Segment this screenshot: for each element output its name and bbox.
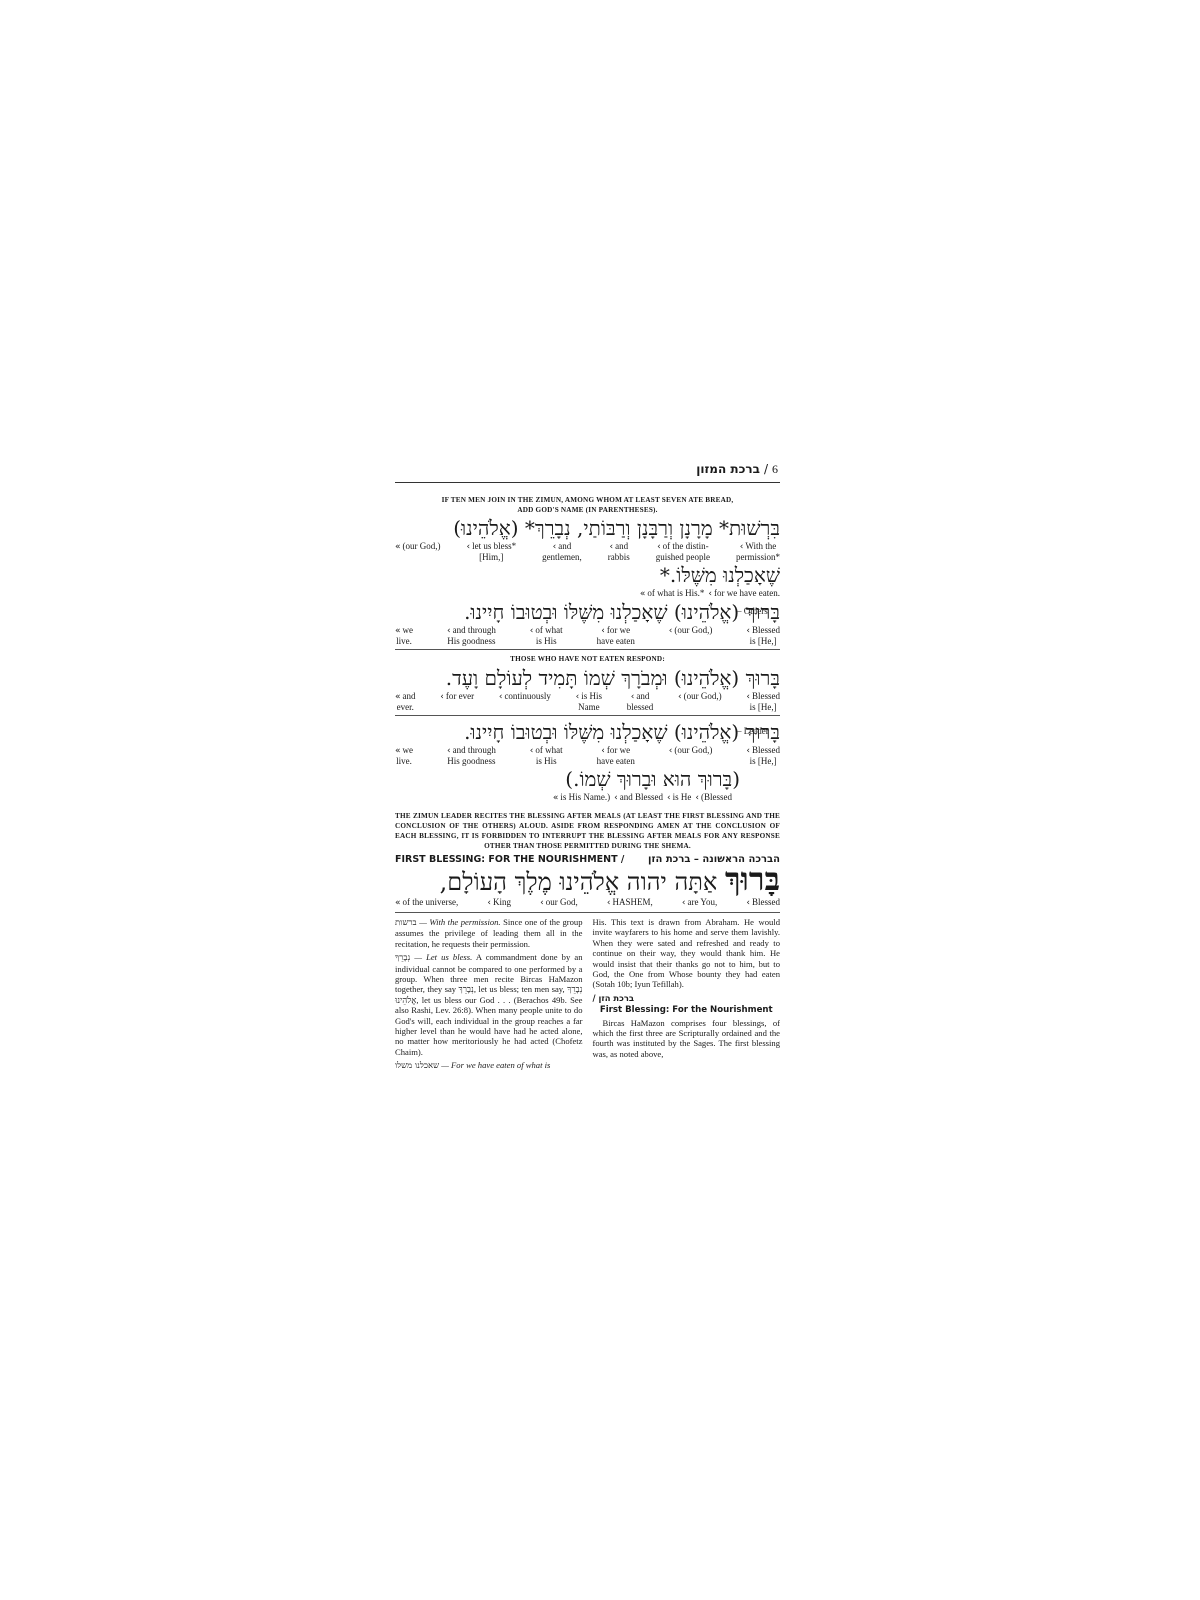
prayer-book-page: ברכת המזון / 6 IF TEN MEN JOIN IN THE ZI… <box>395 462 780 1075</box>
chevron-icon: ‹ <box>499 692 503 702</box>
hebrew-line: בִּרְשׁוּת* מָרָנָן וְרַבָּנָן וְרַבּוֹת… <box>395 516 780 540</box>
gloss-word: ‹for ever <box>440 691 474 712</box>
gloss-row: ‹for we have eaten.«of what is His.* <box>640 588 780 599</box>
gloss-word: ‹With thepermission* <box>736 541 780 562</box>
chevron-icon: ‹ <box>553 542 557 552</box>
instruction-not-eaten: THOSE WHO HAVE NOT EATEN RESPOND: <box>395 654 780 664</box>
chevron-icon: ‹ <box>746 692 750 702</box>
chevron-icon: ‹ <box>746 898 750 908</box>
commentary-paragraph: His. This text is drawn from Abraham. He… <box>593 917 781 990</box>
gloss-word: «of the universe, <box>395 897 458 908</box>
gloss-word: ‹and throughHis goodness <box>447 625 496 646</box>
hebrew-large-initial-word: בָּרוּךְ <box>725 860 780 898</box>
gloss-word: ‹let us bless*[Him,] <box>466 541 516 562</box>
commentary-paragraph: Bircas HaMazon comprises four blessings,… <box>593 1018 781 1060</box>
commentary-subhead-english: First Blessing: For the Nourishment <box>593 1005 781 1015</box>
gloss-word: «(our God,) <box>395 541 441 562</box>
chevron-icon: ‹ <box>614 793 618 803</box>
gloss-word: ‹(our God,) <box>678 691 722 712</box>
divider <box>395 912 780 913</box>
gloss-word: ‹are You, <box>682 897 717 908</box>
verse-not-eaten: בָּרוּךְ (אֱלֹהֵינוּ) וּמְבֹרָךְ שְׁמוֹ … <box>395 666 780 712</box>
chevron-icon: ‹ <box>530 626 534 636</box>
gloss-word: ‹and Blessed <box>614 792 663 803</box>
double-chevron-icon: « <box>395 898 401 908</box>
gloss-word: «is His Name.) <box>553 792 610 803</box>
double-chevron-icon: « <box>395 542 401 552</box>
page-number: 6 <box>772 462 778 477</box>
gloss-row: ‹With thepermission*‹of the distin-guish… <box>395 541 780 562</box>
gloss-word: ‹continuously <box>499 691 551 712</box>
gloss-word: ‹andblessed <box>627 691 654 712</box>
commentary-left-column: ברשות — With the permission. Since one o… <box>395 917 583 1075</box>
chevron-icon: ‹ <box>708 589 712 599</box>
commentary-paragraph: ברשות — With the permission. Since one o… <box>395 917 583 949</box>
gloss-word: «andever. <box>395 691 416 712</box>
gloss-word: ‹and throughHis goodness <box>447 745 496 766</box>
gloss-word: ‹(our God,) <box>669 745 713 766</box>
chevron-icon: ‹ <box>740 542 744 552</box>
double-chevron-icon: « <box>395 626 401 636</box>
instruction-line-2: ADD GOD'S NAME (IN PARENTHESES). <box>395 505 780 515</box>
running-title-hebrew: ברכת המזון <box>696 462 760 476</box>
gloss-word: «welive. <box>395 625 413 646</box>
gloss-word: ‹Blessed <box>746 897 780 908</box>
chevron-icon: ‹ <box>601 746 605 756</box>
divider <box>395 715 780 716</box>
verse-others: בָּרוּךְ (אֱלֹהֵינוּ) שֶׁאָכַלְנוּ מִשֶּ… <box>395 600 780 646</box>
gloss-word: ‹Blessedis [He,] <box>746 745 780 766</box>
chevron-icon: ‹ <box>601 626 605 636</box>
commentary-right-column: His. This text is drawn from Abraham. He… <box>593 917 781 1075</box>
running-header: ברכת המזון / 6 <box>395 462 780 480</box>
gloss-row: ‹Blessed‹are You,‹HASHEM,‹our God,‹King«… <box>395 897 780 908</box>
chevron-icon: ‹ <box>540 898 544 908</box>
gloss-row: ‹Blessedis [He,]‹(our God,) ‹for wehave … <box>395 745 780 766</box>
double-chevron-icon: « <box>395 746 401 756</box>
gloss-word: ‹andrabbis <box>608 541 630 562</box>
section-heading-english: FIRST BLESSING: FOR THE NOURISHMENT / <box>395 854 624 865</box>
gloss-word: ‹(our God,) <box>669 625 713 646</box>
gloss-row: ‹(Blessed‹is He‹and Blessed«is His Name.… <box>553 792 732 803</box>
chevron-icon: ‹ <box>682 898 686 908</box>
chevron-icon: ‹ <box>609 542 613 552</box>
hebrew-rest: אַתָּה יהוה אֱלֹהֵינוּ מֶלֶךְ הָעוֹלָם, <box>440 868 718 896</box>
speaker-label-leader: – Leader <box>737 726 769 736</box>
chevron-icon: ‹ <box>607 898 611 908</box>
verse-permission: בִּרְשׁוּת* מָרָנָן וְרַבָּנָן וְרַבּוֹת… <box>395 516 780 562</box>
verse-eaten: שֶׁאָכַלְנוּ מִשֶּׁלּוֹ.* ‹for we have e… <box>395 563 780 599</box>
gloss-word: «of what is His.* <box>640 588 705 599</box>
gloss-row: ‹Blessedis [He,]‹(our God,) ‹andblessed‹… <box>395 691 780 712</box>
hebrew-line: בָּרוּךְ (אֱלֹהֵינוּ) וּמְבֹרָךְ שְׁמוֹ … <box>395 666 780 690</box>
gloss-word: ‹for we have eaten. <box>708 588 780 599</box>
commentary-paragraph: שאכלנו משלו — For we have eaten of what … <box>395 1060 583 1071</box>
commentary-subhead-hebrew: ברכת הזן / <box>593 993 781 1003</box>
header-separator: / <box>764 462 768 476</box>
chevron-icon: ‹ <box>576 692 580 702</box>
chevron-icon: ‹ <box>530 746 534 756</box>
instruction-line-1: IF TEN MEN JOIN IN THE ZIMUN, AMONG WHOM… <box>395 495 780 505</box>
chevron-icon: ‹ <box>657 542 661 552</box>
gloss-word: ‹(Blessed <box>695 792 732 803</box>
commentary: ברשות — With the permission. Since one o… <box>395 917 780 1075</box>
instruction-leader-recites: THE ZIMUN LEADER RECITES THE BLESSING AF… <box>395 811 780 851</box>
gloss-word: ‹for wehave eaten <box>597 745 635 766</box>
instruction-ten-men: IF TEN MEN JOIN IN THE ZIMUN, AMONG WHOM… <box>395 495 780 515</box>
gloss-word: «welive. <box>395 745 413 766</box>
chevron-icon: ‹ <box>631 692 635 702</box>
gloss-row: ‹Blessedis [He,]‹(our God,) ‹for wehave … <box>395 625 780 646</box>
chevron-icon: ‹ <box>667 793 671 803</box>
chevron-icon: ‹ <box>669 626 673 636</box>
chevron-icon: ‹ <box>678 692 682 702</box>
gloss-word: ‹of whatis His <box>530 625 563 646</box>
hebrew-line: שֶׁאָכַלְנוּ מִשֶּׁלּוֹ.* <box>395 563 780 587</box>
gloss-word: ‹for wehave eaten <box>597 625 635 646</box>
chevron-icon: ‹ <box>695 793 699 803</box>
gloss-word: ‹is HisName <box>576 691 602 712</box>
gloss-word: ‹HASHEM, <box>607 897 653 908</box>
hebrew-line: (בָּרוּךְ הוּא וּבָרוּךְ שְׁמוֹ.) <box>395 767 780 791</box>
gloss-word: ‹Blessedis [He,] <box>746 625 780 646</box>
gloss-word: ‹our God, <box>540 897 578 908</box>
hebrew-line: בָּרוּךְ אַתָּה יהוה אֱלֹהֵינוּ מֶלֶךְ ה… <box>395 865 780 896</box>
chevron-icon: ‹ <box>447 626 451 636</box>
chevron-icon: ‹ <box>746 626 750 636</box>
speaker-label-others: – Others <box>737 606 768 616</box>
chevron-icon: ‹ <box>487 898 491 908</box>
chevron-icon: ‹ <box>746 746 750 756</box>
section-heading: FIRST BLESSING: FOR THE NOURISHMENT / הב… <box>395 854 780 865</box>
divider <box>395 649 780 650</box>
gloss-word: ‹is He <box>667 792 691 803</box>
gloss-word: ‹King <box>487 897 511 908</box>
chevron-icon: ‹ <box>447 746 451 756</box>
double-chevron-icon: « <box>640 589 646 599</box>
gloss-word: ‹of whatis His <box>530 745 563 766</box>
double-chevron-icon: « <box>553 793 559 803</box>
commentary-paragraph: נְבָרֵךְ — Let us bless. A commandment d… <box>395 952 583 1057</box>
chevron-icon: ‹ <box>669 746 673 756</box>
hebrew-line: בָּרוּךְ (אֱלֹהֵינוּ) שֶׁאָכַלְנוּ מִשֶּ… <box>395 600 780 624</box>
chevron-icon: ‹ <box>466 542 470 552</box>
verse-first-blessing: בָּרוּךְ אַתָּה יהוה אֱלֹהֵינוּ מֶלֶךְ ה… <box>395 865 780 908</box>
gloss-word: ‹of the distin-guished people <box>656 541 710 562</box>
gloss-word: ‹andgentlemen, <box>542 541 582 562</box>
hebrew-line: בָּרוּךְ (אֱלֹהֵינוּ) שֶׁאָכַלְנוּ מִשֶּ… <box>395 720 780 744</box>
chevron-icon: ‹ <box>440 692 444 702</box>
double-chevron-icon: « <box>395 692 401 702</box>
verse-leader: בָּרוּךְ (אֱלֹהֵינוּ) שֶׁאָכַלְנוּ מִשֶּ… <box>395 720 780 766</box>
gloss-word: ‹Blessedis [He,] <box>746 691 780 712</box>
verse-blessed-he: (בָּרוּךְ הוּא וּבָרוּךְ שְׁמוֹ.) ‹(Bles… <box>395 767 780 803</box>
